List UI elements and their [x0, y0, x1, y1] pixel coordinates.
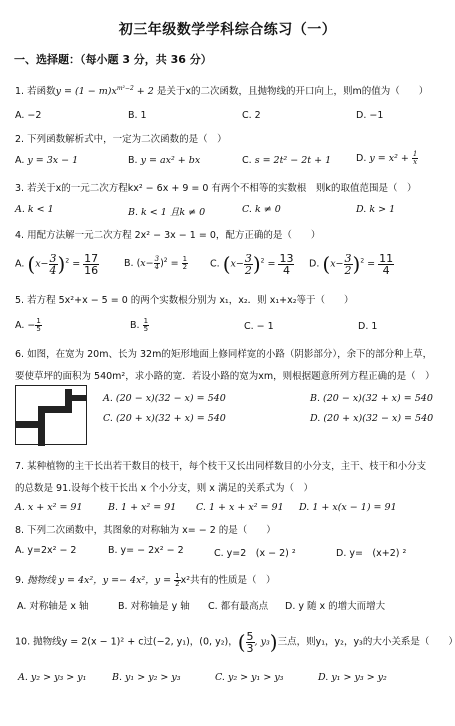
q10-option-c[interactable]: C. y₂ > y₁ > y₃ — [215, 672, 284, 683]
option-label: A. − — [15, 320, 35, 331]
question-text: 下列函数解析式中，一定为二次函数的是（ ） — [27, 134, 227, 145]
denominator: 2 — [182, 264, 188, 271]
q9-option-c[interactable]: C. 都有最高点 — [208, 598, 268, 612]
option-math: s = 2t² − 2t + 1 — [255, 155, 331, 166]
question-text: 三点，则y₁，y₂，y₃的大小关系是（ ） — [278, 637, 455, 648]
question-3: 3. 若关于x的一元二次方程kx² − 6x + 9 = 0 有两个不相等的实数… — [15, 180, 416, 194]
q8-option-c[interactable]: C. y=2 (x − 2) ² — [214, 545, 296, 559]
denominator: 4 — [49, 265, 58, 276]
q3-option-a[interactable]: A. k < 1 — [15, 204, 54, 215]
fraction: 134 — [278, 253, 294, 276]
question-number: 3. — [15, 183, 24, 194]
question-7: 7. 某种植物的主干长出若干数目的枝干，每个枝干又长出同样数目的小分支，主干、枝… — [15, 458, 426, 472]
option-label: D. — [309, 259, 319, 270]
q6-option-d[interactable]: D. (20 + x)(32 − x) = 540 — [310, 413, 433, 424]
numerator: 3 — [344, 253, 353, 265]
fraction: 53 — [246, 631, 255, 654]
q7-option-d[interactable]: D. 1 + x(x − 1) = 91 — [299, 502, 397, 513]
q2-option-c[interactable]: C. s = 2t² − 2t + 1 — [242, 155, 331, 166]
option-math: y = ax² + bx — [141, 155, 201, 166]
question-text: 抛物线 y = 4x²，y =− 4x²，y = — [27, 575, 174, 586]
q5-option-b[interactable]: B. 15 — [130, 318, 149, 333]
fraction: 34 — [49, 253, 58, 276]
question-number: 4. — [15, 230, 24, 241]
denominator: 3 — [246, 643, 255, 654]
option-math: x− — [35, 259, 48, 270]
option-label: B. — [128, 155, 138, 166]
question-text: 若关于x的一元二次方程kx² − 6x + 9 = 0 有两个不相等的实数根 则… — [27, 183, 416, 194]
numerator: 11 — [378, 253, 394, 265]
question-text: 是关于x的二次函数，且抛物线的开口向上，则m的值为（ ） — [154, 86, 428, 97]
q10-option-b[interactable]: B. y₁ > y₂ > y₃ — [112, 672, 181, 683]
q2-option-b[interactable]: B. y = ax² + bx — [128, 155, 200, 166]
q4-option-a[interactable]: A. (x−34)2 = 1716 — [15, 252, 99, 276]
numerator: 5 — [246, 631, 255, 643]
fraction: 32 — [244, 253, 253, 276]
worksheet-title: 初三年级数学学科综合练习（一） — [0, 19, 455, 39]
math-expression: y = (1 − m)x — [56, 86, 117, 97]
q4-option-d[interactable]: D. (x−32)2 = 114 — [309, 252, 394, 276]
question-text: 若方程 5x²+x − 5 = 0 的两个实数根分别为 x₁，x₂．则 x₁+x… — [27, 295, 353, 306]
q10-option-d[interactable]: D. y₁ > y₃ > y₂ — [318, 672, 387, 683]
option-math: x− — [231, 259, 244, 270]
question-number: 7. — [15, 461, 24, 472]
q7-option-a[interactable]: A. x + x² = 91 — [15, 502, 83, 513]
question-9: 9. 抛物线 y = 4x²，y =− 4x²，y = 12x²共有的性质是（ … — [15, 572, 276, 588]
option-math: x− — [140, 258, 153, 269]
q8-option-b[interactable]: B. y= − 2x² − 2 — [108, 545, 184, 556]
question-6-line-2: 要使草坪的面积为 540m²，求小路的宽．若设小路的宽为xm，则根据题意所列方程… — [15, 368, 435, 382]
fraction: 34 — [154, 256, 160, 271]
q9-option-d[interactable]: D. y 随 x 的增大而增大 — [285, 598, 385, 612]
question-4: 4. 用配方法解一元二次方程 2x² − 3x − 1 = 0，配方正确的是（ … — [15, 227, 320, 241]
option-label: B. — [130, 320, 143, 331]
question-1: 1. 若函数y = (1 − m)xm²−2 + 2 是关于x的二次函数，且抛物… — [15, 83, 428, 97]
question-number: 5. — [15, 295, 24, 306]
option-label: A. — [15, 259, 24, 270]
denominator: 16 — [83, 265, 99, 276]
q4-option-b[interactable]: B. (x−34)2 = 12 — [124, 256, 188, 271]
q1-option-a[interactable]: A. −2 — [15, 110, 41, 121]
q3-option-d[interactable]: D. k > 1 — [356, 204, 395, 215]
q7-option-c[interactable]: C. 1 + x + x² = 91 — [196, 502, 284, 513]
question-text: 用配方法解一元二次方程 2x² − 3x − 1 = 0，配方正确的是（ ） — [27, 230, 320, 241]
q9-option-a[interactable]: A. 对称轴是 x 轴 — [17, 598, 89, 612]
denominator: 5 — [143, 326, 149, 333]
numerator: 3 — [244, 253, 253, 265]
road-segment — [65, 389, 72, 413]
q1-option-b[interactable]: B. 1 — [128, 110, 147, 121]
q8-option-d[interactable]: D. y= (x+2) ² — [336, 545, 406, 559]
q4-option-c[interactable]: C. (x−32)2 = 134 — [210, 252, 294, 276]
numerator: 13 — [278, 253, 294, 265]
q6-option-a[interactable]: A. (20 − x)(32 − x) = 540 — [103, 393, 226, 404]
q5-option-a[interactable]: A. −15 — [15, 318, 42, 333]
question-7-line-2: 的总数是 91.设每个枝干长出 x 个小分支，则 x 满足的关系式为（ ） — [15, 480, 313, 494]
denominator: 2 — [344, 265, 353, 276]
question-text: 某种植物的主干长出若干数目的枝干，每个枝干又长出同样数目的小分支，主干、枝干和小… — [27, 461, 426, 472]
road-segment — [65, 395, 87, 401]
q5-option-c[interactable]: C. − 1 — [244, 321, 274, 332]
option-label: A. — [15, 155, 24, 166]
option-math: y = 3x − 1 — [27, 155, 78, 166]
fraction: 1716 — [83, 253, 99, 276]
q2-option-a[interactable]: A. y = 3x − 1 — [15, 155, 78, 166]
denominator: 4 — [378, 265, 394, 276]
fraction: 32 — [344, 253, 353, 276]
question-10: 10. 抛物线y = 2(x − 1)² + c过(−2, y₁)，(0, y₂… — [15, 630, 455, 654]
option-math: y = x² + — [369, 153, 412, 164]
fraction: 1x — [412, 151, 418, 166]
question-5: 5. 若方程 5x²+x − 5 = 0 的两个实数根分别为 x₁，x₂．则 x… — [15, 292, 354, 306]
question-number: 10. — [15, 637, 30, 648]
q1-option-d[interactable]: D. −1 — [356, 110, 383, 121]
math-expression: + 2 — [134, 86, 154, 97]
road-segment — [16, 421, 45, 428]
option-label: C. — [242, 155, 252, 166]
question-2: 2. 下列函数解析式中，一定为二次函数的是（ ） — [15, 131, 227, 145]
question-6: 6. 如图，在宽为 20m、长为 32m的矩形地面上修同样宽的小路（阴影部分），… — [15, 346, 432, 360]
denominator: x — [412, 159, 418, 166]
q7-option-b[interactable]: B. 1 + x² = 91 — [108, 502, 176, 513]
q6-option-c[interactable]: C. (20 + x)(32 + x) = 540 — [103, 413, 226, 424]
rectangle-path-figure — [15, 385, 87, 445]
question-text: 如图，在宽为 20m、长为 32m的矩形地面上修同样宽的小路（阴影部分），余下的… — [27, 349, 432, 360]
math-expression: , y₃ — [255, 637, 270, 648]
q3-option-c[interactable]: C. k ≠ 0 — [242, 204, 281, 215]
question-text: 若函数 — [27, 86, 56, 97]
q6-option-b[interactable]: B. (20 − x)(32 + x) = 540 — [310, 393, 433, 404]
fraction: 114 — [378, 253, 394, 276]
q5-option-d[interactable]: D. 1 — [358, 321, 377, 332]
question-number: 9. — [15, 575, 24, 586]
q8-option-a[interactable]: A. y=2x² − 2 — [15, 545, 76, 556]
denominator: 5 — [35, 326, 41, 333]
q2-option-d[interactable]: D. y = x² + 1x — [356, 151, 418, 166]
question-number: 2. — [15, 134, 24, 145]
fraction: 15 — [35, 318, 41, 333]
section-heading: 一、选择题：（每小题 3 分，共 36 分） — [14, 51, 212, 67]
question-text: 下列二次函数中，其图象的对称轴为 x= − 2 的是（ ） — [27, 525, 276, 536]
option-label: C. — [210, 259, 220, 270]
exponent: m²−2 — [117, 85, 134, 92]
fraction: 15 — [143, 318, 149, 333]
question-number: 1. — [15, 86, 24, 97]
numerator: 17 — [83, 253, 99, 265]
fraction: 12 — [182, 256, 188, 271]
denominator: 4 — [154, 264, 160, 271]
q9-option-b[interactable]: B. 对称轴是 y 轴 — [118, 598, 190, 612]
q1-option-c[interactable]: C. 2 — [242, 110, 261, 121]
q3-option-b[interactable]: B. k < 1 且k ≠ 0 — [128, 204, 205, 218]
option-math: x− — [330, 259, 343, 270]
option-label: B. — [124, 258, 134, 269]
q10-option-a[interactable]: A. y₂ > y₃ > y₁ — [18, 672, 86, 683]
denominator: 4 — [278, 265, 294, 276]
question-8: 8. 下列二次函数中，其图象的对称轴为 x= − 2 的是（ ） — [15, 522, 276, 536]
option-label: D. — [356, 153, 366, 164]
question-text: 抛物线y = 2(x − 1)² + c过(−2, y₁)，(0, y₂)， — [33, 637, 238, 648]
question-number: 6. — [15, 349, 24, 360]
numerator: 3 — [49, 253, 58, 265]
question-text: x²共有的性质是（ ） — [181, 575, 276, 586]
question-number: 8. — [15, 525, 24, 536]
denominator: 2 — [244, 265, 253, 276]
